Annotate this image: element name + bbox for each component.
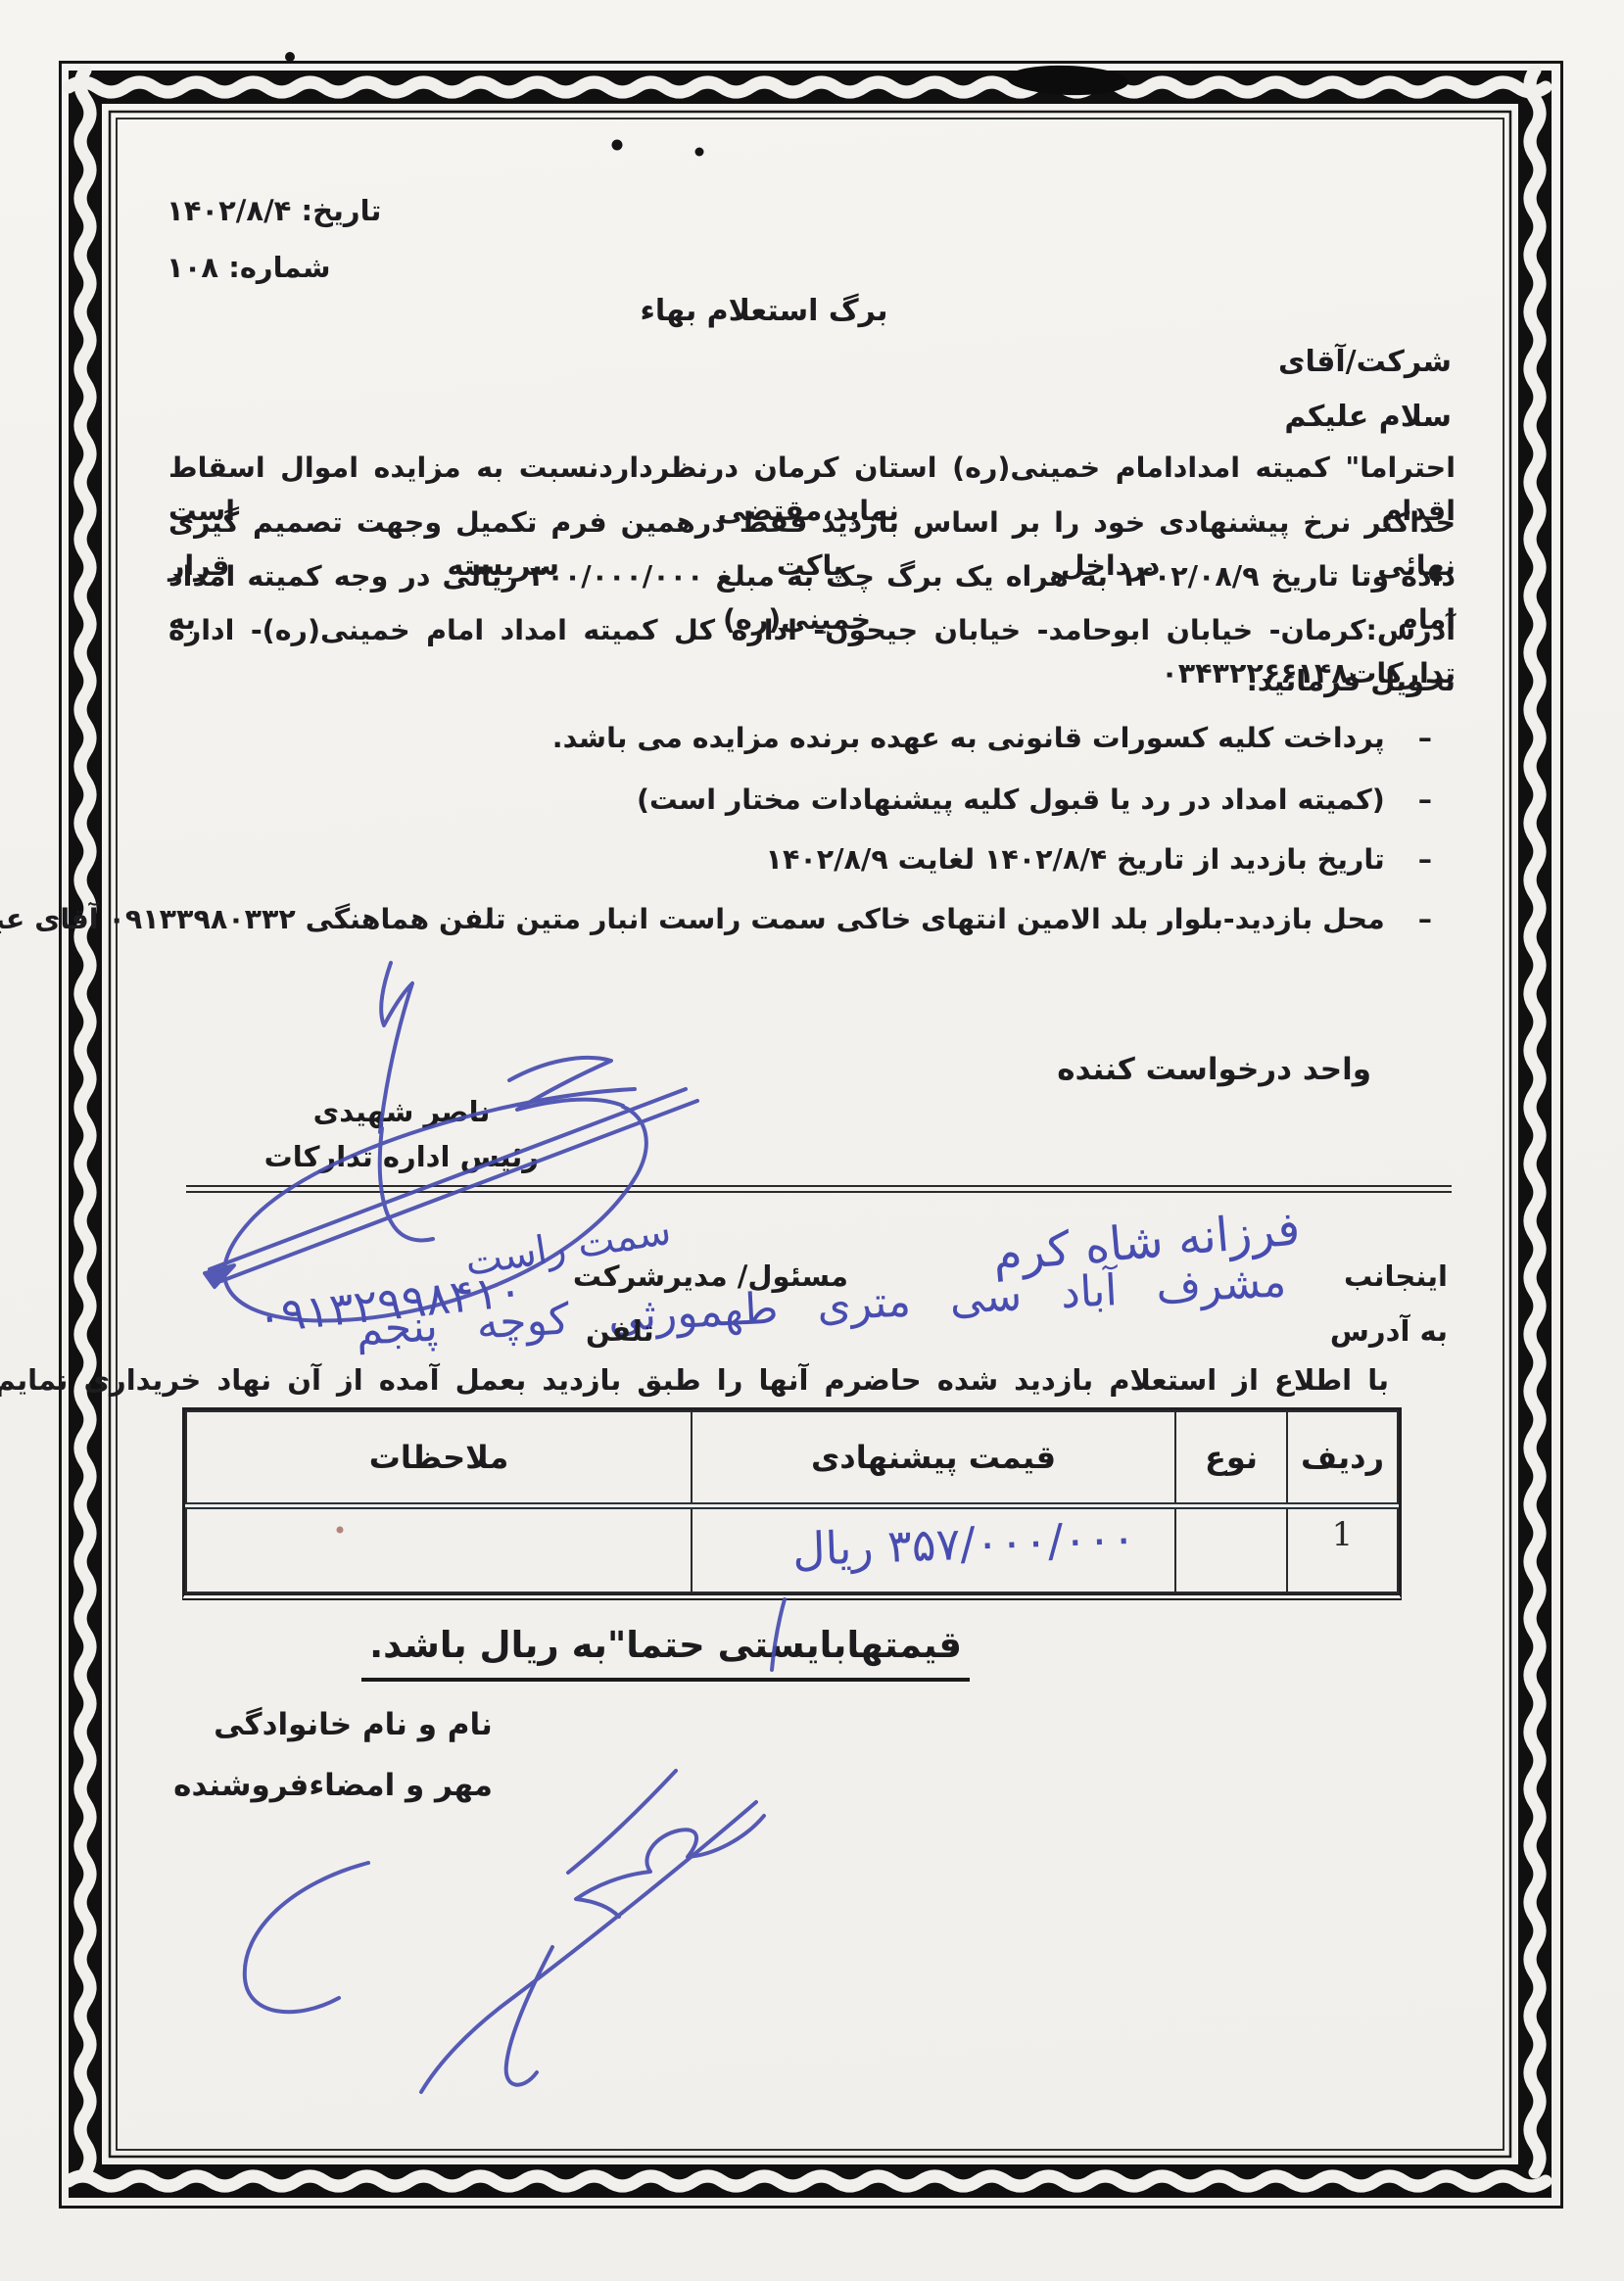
date-line: تاریخ: ۱۴۰۲/۸/۴	[167, 194, 381, 227]
bullet-text: محل بازدید-بلوار بلد الامین انتهای خاکی …	[0, 903, 1385, 935]
ink-speck	[285, 52, 295, 62]
document-title: برگ استعلام بهاء	[617, 294, 911, 328]
table-header-type: نوع	[1175, 1411, 1287, 1506]
declaration-closing: با اطلاع از استعلام بازدید شده حاضرم آنه…	[0, 1363, 1389, 1397]
bullet-item-4: – محل بازدید-بلوار بلد الامین انتهای خاک…	[0, 903, 1432, 935]
table-header-row: ردیف نوع قیمت پیشنهادی ملاحظات	[186, 1411, 1398, 1506]
signature-seller-ink	[245, 1771, 764, 2092]
ink-smudge	[1007, 64, 1129, 97]
bullet-dash: –	[1418, 722, 1432, 754]
bullet-text: تاریخ بازدید از تاریخ ۱۴۰۲/۸/۴ لغایت ۱۴۰…	[766, 843, 1385, 876]
number-label: شماره:	[228, 251, 330, 284]
price-currency-note: قیمتهابایستی حتما"به ریال باشد.	[361, 1624, 970, 1682]
addressee-line: شرکت/آقای	[1278, 345, 1452, 379]
seller-name-label: نام و نام خانوادگی	[214, 1694, 493, 1755]
ink-signatures	[0, 0, 1624, 2281]
approver-block: ناصر شهیدی رئیس اداره تدارکات	[264, 1089, 539, 1179]
number-line: شماره: ۱۰۸	[167, 251, 330, 284]
requesting-unit-label: واحد درخواست کننده	[1057, 1052, 1371, 1087]
table-header-radif: ردیف	[1287, 1411, 1398, 1506]
bullet-item-3: – تاریخ بازدید از تاریخ ۱۴۰۲/۸/۴ لغایت ۱…	[766, 843, 1432, 876]
border-band-left	[69, 71, 102, 2198]
bullet-dash: –	[1418, 843, 1432, 876]
table-header-price: قیمت پیشنهادی	[692, 1411, 1175, 1506]
ink-speck	[612, 140, 623, 151]
bullet-text: (کمیته امداد در رد یا قبول کلیه پیشنهادا…	[637, 784, 1385, 816]
row-notes	[186, 1506, 692, 1593]
date-label: تاریخ:	[302, 194, 382, 227]
offer-table: ردیف نوع قیمت پیشنهادی ملاحظات 1 ۳۵۷/۰۰۰…	[182, 1407, 1402, 1600]
bullet-item-2: – (کمیته امداد در رد یا قبول کلیه پیشنها…	[637, 784, 1432, 816]
seller-block: نام و نام خانوادگی مهر و امضاءفروشنده	[214, 1694, 493, 1816]
bullet-text: پرداخت کلیه کسورات قانونی به عهده برنده …	[552, 722, 1385, 754]
bullet-dash: –	[1418, 784, 1432, 816]
bullet-item-1: – پرداخت کلیه کسورات قانونی به عهده برند…	[552, 722, 1432, 754]
greeting-line: سلام علیکم	[1284, 400, 1452, 434]
decorative-border	[0, 0, 1624, 2281]
body-line-5: تحویل فرمائید.	[1247, 664, 1456, 697]
row-type	[1175, 1506, 1287, 1593]
declaration-address-label: به آدرس	[1330, 1314, 1448, 1348]
declaration-phone-label: تلفن	[586, 1314, 654, 1348]
approver-name: ناصر شهیدی	[264, 1089, 539, 1134]
border-band-right	[1518, 71, 1552, 2198]
row-price-cell: ۳۵۷/۰۰۰/۰۰۰ ریال	[692, 1506, 1175, 1593]
ink-speck	[695, 148, 704, 157]
border-band-top	[69, 71, 1552, 104]
approver-title: رئیس اداره تدارکات	[264, 1134, 539, 1179]
section-divider	[186, 1185, 1452, 1193]
date-value: ۱۴۰۲/۸/۴	[167, 194, 291, 227]
border-band-bottom	[69, 2164, 1552, 2198]
table-header-notes: ملاحظات	[186, 1411, 692, 1506]
seller-stamp-label: مهر و امضاءفروشنده	[214, 1755, 493, 1816]
row-number: 1	[1288, 1509, 1397, 1554]
number-value: ۱۰۸	[167, 251, 218, 284]
scanned-document-page: تاریخ: ۱۴۰۲/۸/۴ شماره: ۱۰۸ برگ استعلام ب…	[0, 0, 1624, 2281]
handwritten-price: ۳۵۷/۰۰۰/۰۰۰ ریال	[791, 1511, 1136, 1576]
table-row: 1 ۳۵۷/۰۰۰/۰۰۰ ریال	[186, 1506, 1398, 1593]
declaration-intro: اینجانب	[1344, 1259, 1448, 1293]
bullet-dash: –	[1418, 903, 1432, 935]
